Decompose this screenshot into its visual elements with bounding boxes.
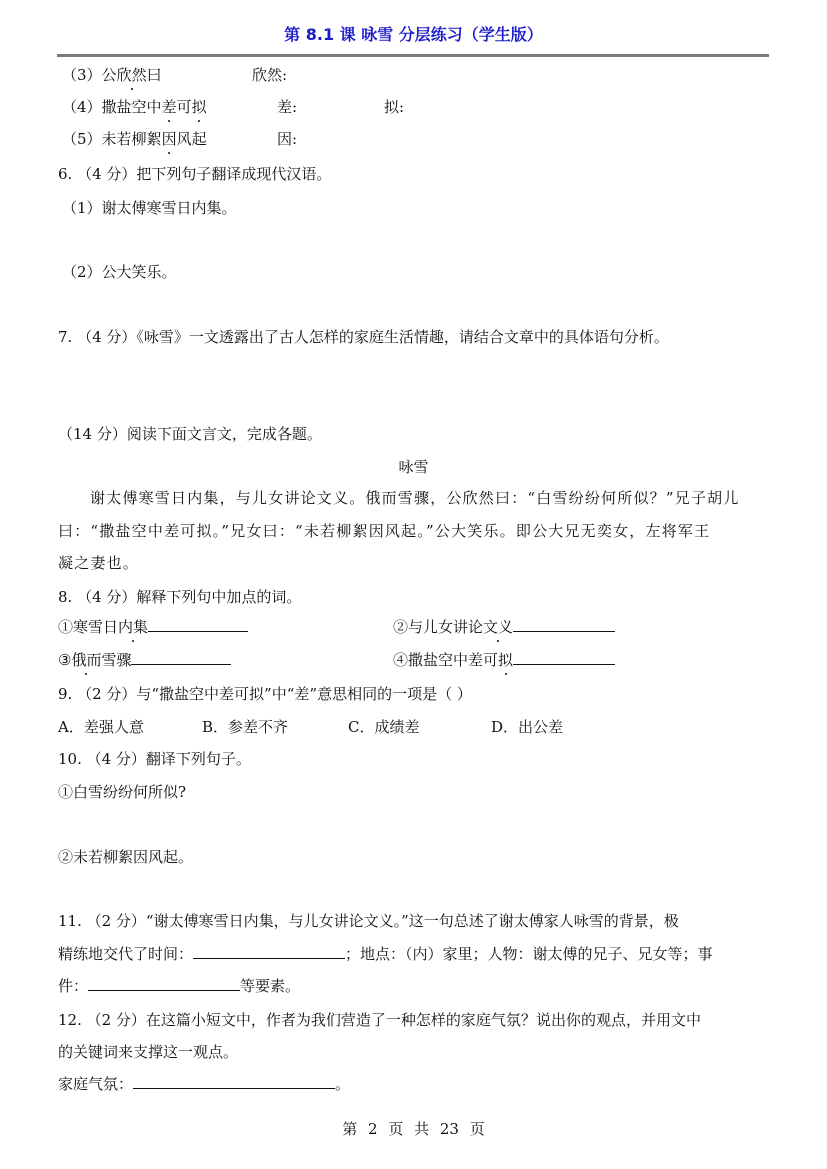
q12-line-2: 的关键词来支撑这一观点。 [58, 1041, 238, 1062]
q8-item-2: ②与儿女讲论文义 [393, 616, 615, 637]
page-number: 第 2 页 共 23 页 [0, 1118, 827, 1139]
q5-item-5-label: 因: [277, 128, 297, 149]
q5-item-4: （4）撒盐空中差可拟 [62, 96, 207, 117]
q5-item-3-label: 欣然: [252, 64, 287, 85]
q11-line-3: 件：等要素。 [58, 975, 300, 996]
q9-option-b[interactable]: B．参差不齐 [202, 716, 288, 737]
q5-item-4-label-a: 差: [277, 96, 297, 117]
q6-item-1: （1）谢太傅寒雪日内集。 [62, 197, 237, 218]
passage-title: 咏雪 [0, 456, 827, 477]
q11-line-1: 11. （2 分）“谢太傅寒雪日内集，与儿女讲论文义。”这一句总述了谢太傅家人咏… [58, 910, 679, 931]
q5-item-5: （5）未若柳絮因风起 [62, 128, 207, 149]
q8-item-4: ④撒盐空中差可拟 [393, 649, 615, 670]
q5-item-3: （3）公欣然曰 [62, 64, 162, 85]
answer-blank-atmosphere[interactable] [133, 1073, 335, 1089]
q5-item-4-label-b: 拟: [384, 96, 404, 117]
passage-line: 曰：“撒盐空中差可拟。”兄女曰：“未若柳絮因风起。”公大笑乐。即公大兄无奕女，左… [58, 520, 710, 541]
passage-line: 谢太傅寒雪日内集，与儿女讲论文义。俄而雪骤，公欣然曰：“白雪纷纷何所似？”兄子胡… [90, 487, 740, 508]
dotted-word: 差 [162, 96, 177, 117]
q9-option-d[interactable]: D．出公差 [491, 716, 563, 737]
q10-stem: 10. （4 分）翻译下列句子。 [58, 748, 251, 769]
answer-blank-time[interactable] [193, 943, 345, 959]
header-divider [57, 54, 769, 57]
dotted-word: 因 [162, 128, 177, 149]
q12-line-1: 12. （2 分）在这篇小短文中，作者为我们营造了一种怎样的家庭气氛？说出你的观… [58, 1009, 701, 1030]
answer-blank-event[interactable] [88, 975, 240, 991]
answer-blank[interactable] [513, 649, 615, 665]
dotted-word: 拟 [192, 96, 207, 117]
q9-option-c[interactable]: C．成绩差 [348, 716, 419, 737]
q9-stem: 9. （2 分）与“撒盐空中差可拟”中“差”意思相同的一项是（ ） [58, 683, 472, 704]
reading-intro: （14 分）阅读下面文言文，完成各题。 [58, 423, 322, 444]
answer-blank[interactable] [513, 616, 615, 632]
q10-item-2: ②未若柳絮因风起。 [58, 846, 193, 867]
q12-answer: 家庭气氛：。 [58, 1073, 350, 1094]
q7-stem: 7. （4 分）《咏雪》一文透露出了古人怎样的家庭生活情趣，请结合文章中的具体语… [58, 326, 669, 347]
q8-stem: 8. （4 分）解释下列句中加点的词。 [58, 586, 301, 607]
q8-item-1: ①寒雪日内集 [58, 616, 248, 637]
answer-blank[interactable] [131, 649, 231, 665]
q6-stem: 6. （4 分）把下列句子翻译成现代汉语。 [58, 163, 331, 184]
dotted-word: 欣然 [117, 64, 147, 85]
passage-line: 凝之妻也。 [58, 552, 139, 573]
q6-item-2: （2）公大笑乐。 [62, 261, 177, 282]
q9-option-a[interactable]: A．差强人意 [58, 716, 144, 737]
q11-line-2: 精练地交代了时间：；地点：（内）家里；人物：谢太傅的兄子、兄女等；事 [58, 943, 713, 964]
answer-blank[interactable] [148, 616, 248, 632]
q8-item-3: ③俄而雪骤 [58, 649, 231, 670]
q10-item-1: ①白雪纷纷何所似? [58, 781, 186, 802]
page-title: 第 8.1 课 咏雪 分层练习（学生版） [0, 22, 827, 45]
